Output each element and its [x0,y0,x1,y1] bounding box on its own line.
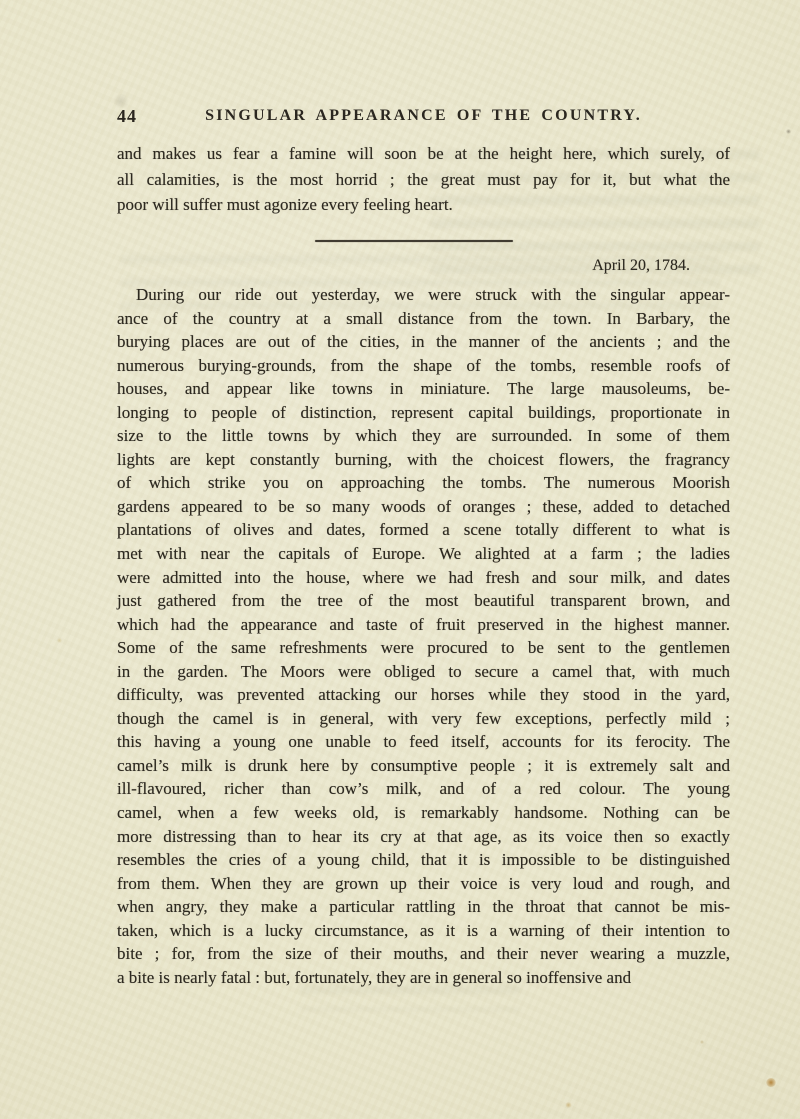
text-line: of which strike you on approaching the t… [117,471,730,495]
text-line: when angry, they make a particular rattl… [117,895,730,919]
text-line: resembles the cries of a young child, th… [117,848,730,872]
text-line: taken, which is a lucky circumstance, as… [117,919,730,943]
book-page-scan: 44 SINGULAR APPEARANCE OF THE COUNTRY. a… [0,0,800,1119]
foxing-spot [766,1078,776,1087]
text-line: plantations of olives and dates, formed … [117,518,730,542]
text-line: longing to people of distinction, repres… [117,401,730,425]
section-divider-rule [315,240,513,242]
text-line: bite ; for, from the size of their mouth… [117,942,730,966]
text-line: in the garden. The Moors were obliged to… [117,660,730,684]
text-line: and makes us fear a famine will soon be … [117,141,730,167]
text-line: ill-flavoured, richer than cow’s milk, a… [117,777,730,801]
text-line: burying places are out of the cities, in… [117,330,730,354]
text-line: from them. When they are grown up their … [117,872,730,896]
text-line: camel’s milk is drunk here by consumptiv… [117,754,730,778]
text-line: camel, when a few weeks old, is remarkab… [117,801,730,825]
paper-speck [57,638,62,643]
text-line: gardens appeared to be so many woods of … [117,495,730,519]
text-line: poor will suffer must agonize every feel… [117,192,730,218]
text-line: just gathered from the tree of the most … [117,589,730,613]
running-title: SINGULAR APPEARANCE OF THE COUNTRY. [117,107,730,125]
paragraph-famine-continuation: and makes us fear a famine will soon be … [117,141,730,218]
text-line: though the camel is in general, with ver… [117,707,730,731]
text-line: lights are kept constantly burning, with… [117,448,730,472]
text-line: size to the little towns by which they a… [117,424,730,448]
entry-dateline: April 20, 1784. [117,257,690,275]
text-line: Some of the same refreshments were procu… [117,636,730,660]
foxing-spot [565,1102,572,1108]
text-line: all calamities, is the most horrid ; the… [117,167,730,193]
text-line: numerous burying-grounds, from the shape… [117,354,730,378]
running-head: 44 SINGULAR APPEARANCE OF THE COUNTRY. [117,106,730,128]
text-line: difficulty, was prevented attacking our … [117,683,730,707]
text-line: this having a young one unable to feed i… [117,730,730,754]
text-line: During our ride out yesterday, we were s… [117,283,730,307]
paper-speck [700,1040,704,1044]
text-line: were admitted into the house, where we h… [117,566,730,590]
text-line: a bite is nearly fatal : but, fortunatel… [117,966,730,990]
text-line: ance of the country at a small distance … [117,307,730,331]
text-line: which had the appearance and taste of fr… [117,613,730,637]
paper-speck [786,129,791,134]
text-line: houses, and appear like towns in miniatu… [117,377,730,401]
text-line: more distressing than to hear its cry at… [117,825,730,849]
paragraph-journal-entry: During our ride out yesterday, we were s… [117,283,730,989]
text-line: met with near the capitals of Europe. We… [117,542,730,566]
